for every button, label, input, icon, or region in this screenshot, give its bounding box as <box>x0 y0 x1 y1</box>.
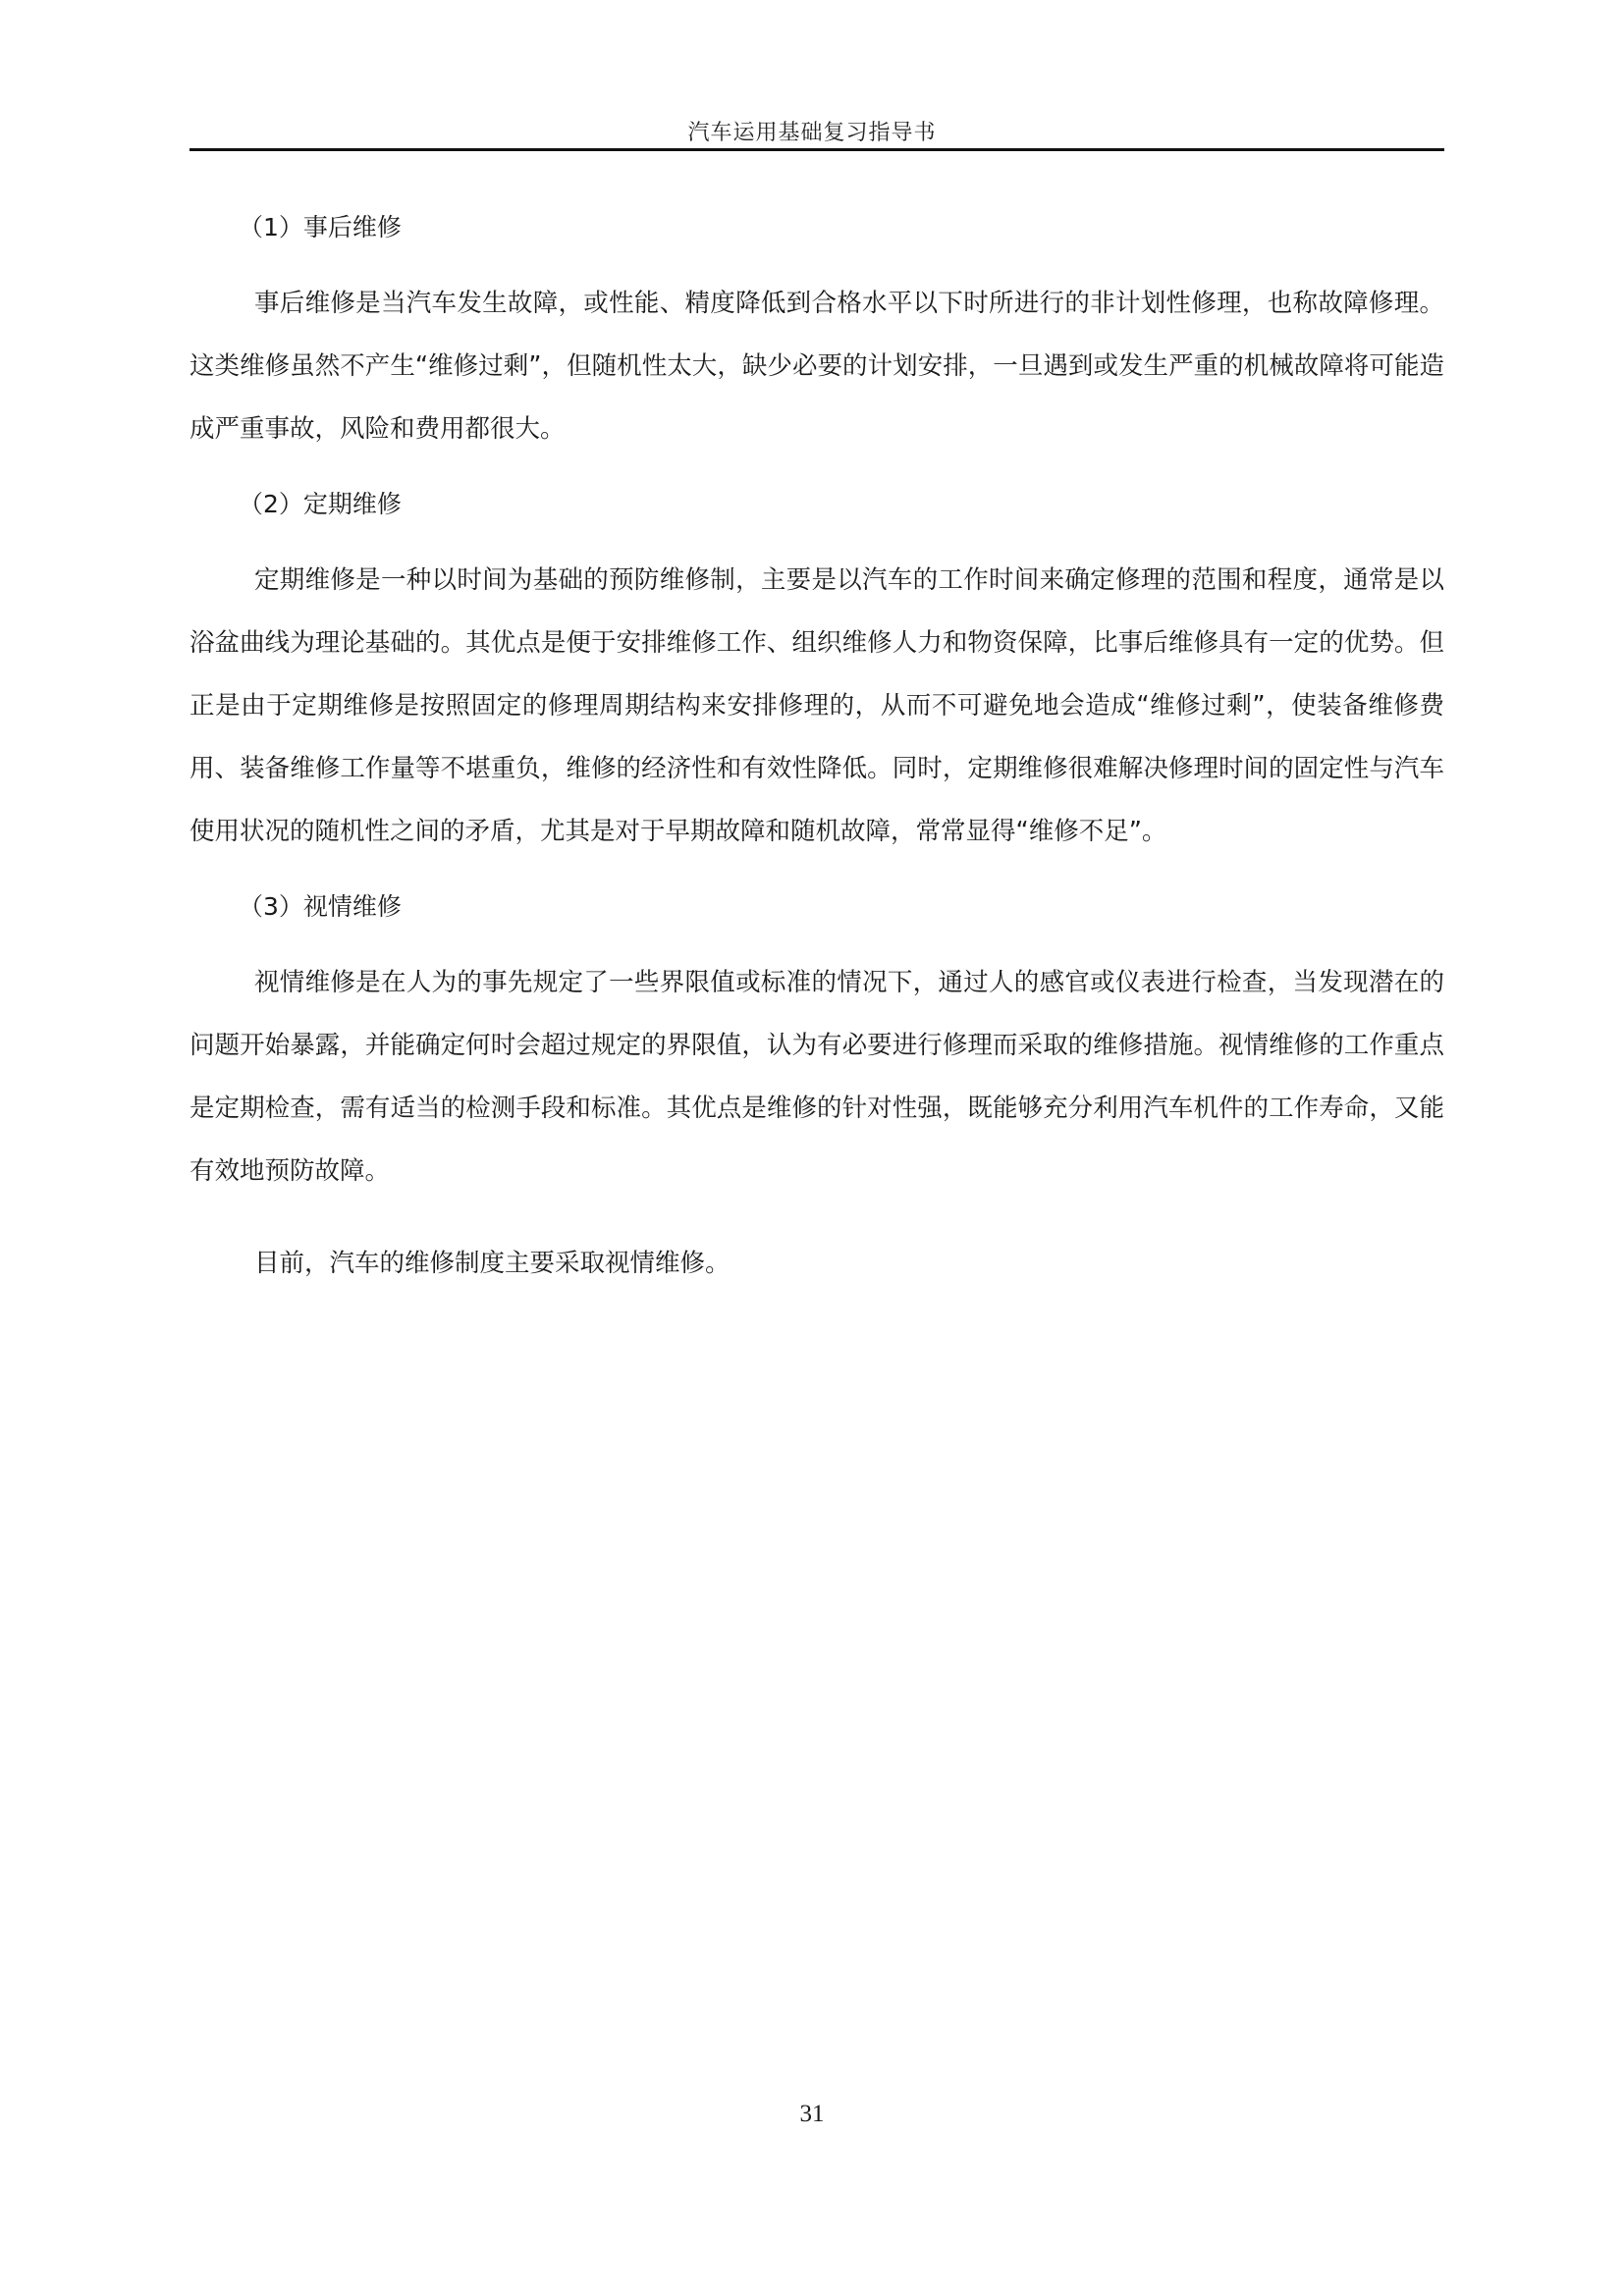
section-heading-periodic-maintenance: （2）定期维修 <box>189 490 1444 519</box>
section-heading-condition-based-maintenance: （3）视情维修 <box>189 892 1444 922</box>
header-divider <box>189 148 1444 151</box>
section-heading-post-failure-maintenance: （1）事后维修 <box>189 213 1444 242</box>
conclusion-paragraph: 目前，汽车的维修制度主要采取视情维修。 <box>189 1232 1444 1295</box>
section-paragraph-periodic-maintenance: 定期维修是一种以时间为基础的预防维修制，主要是以汽车的工作时间来确定修理的范围和… <box>189 549 1444 863</box>
running-header-title: 汽车运用基础复习指导书 <box>0 116 1624 146</box>
section-paragraph-condition-based-maintenance: 视情维修是在人为的事先规定了一些界限值或标准的情况下，通过人的感官或仪表进行检查… <box>189 951 1444 1202</box>
page-number: 31 <box>0 2101 1624 2128</box>
page-body: （1）事后维修 事后维修是当汽车发生故障，或性能、精度降低到合格水平以下时所进行… <box>189 201 1444 1295</box>
section-paragraph-post-failure-maintenance: 事后维修是当汽车发生故障，或性能、精度降低到合格水平以下时所进行的非计划性修理，… <box>189 272 1444 460</box>
